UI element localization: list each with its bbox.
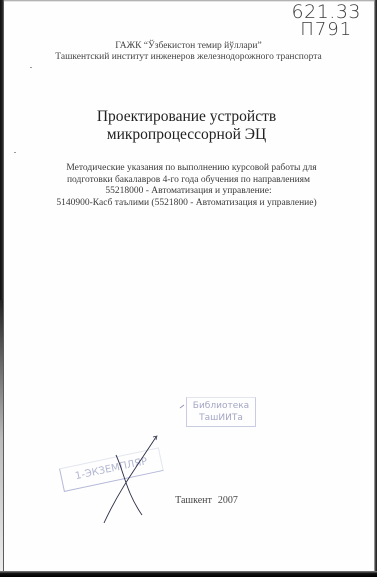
scan-speck: [14, 152, 16, 153]
handwritten-call-number: 621.33 П791: [292, 4, 361, 38]
library-stamp-line-1: Библиотека: [187, 400, 255, 412]
scan-edge-bottom: [0, 571, 377, 577]
document-description: Методические указания по выполнению курс…: [0, 163, 377, 209]
publication-footer: Ташкент2007: [18, 495, 377, 506]
description-line-2: подготовки бакалавров 4-го года обучения…: [0, 175, 377, 187]
call-number-author-code: П791: [292, 21, 361, 38]
title-line-2: микропроцессорной ЭЦ: [0, 126, 375, 144]
library-stamp: Библиотека ТашИИТа: [186, 397, 256, 427]
description-line-4: 5140900-Касб таълими (5521800 - Автомати…: [0, 198, 377, 210]
institute-name: Ташкентский институт инженеров железнодо…: [0, 52, 377, 63]
publication-year: 2007: [218, 495, 238, 506]
title-line-1: Проектирование устройств: [0, 108, 375, 126]
inventory-stamp: 1-ЭКЗЕМПЛЯР: [59, 447, 164, 492]
scan-edge-left-fade: [0, 300, 3, 577]
scan-speck: [30, 67, 32, 68]
description-line-3: 55218000 - Автоматизация и управление:: [0, 186, 377, 198]
pen-cross-mark-icon: [0, 0, 377, 577]
organization-name: ГАЖК “Ўзбекистон темир йўллари”: [0, 41, 377, 52]
organization-header: ГАЖК “Ўзбекистон темир йўллари” Ташкентс…: [0, 41, 377, 63]
document-title: Проектирование устройств микропроцессорн…: [0, 108, 375, 144]
description-line-1: Методические указания по выполнению курс…: [0, 163, 377, 175]
scanned-title-page: 621.33 П791 ГАЖК “Ўзбекистон темир йўлла…: [0, 0, 377, 577]
library-stamp-line-2: ТашИИТа: [187, 412, 255, 424]
publication-city: Ташкент: [175, 495, 212, 506]
